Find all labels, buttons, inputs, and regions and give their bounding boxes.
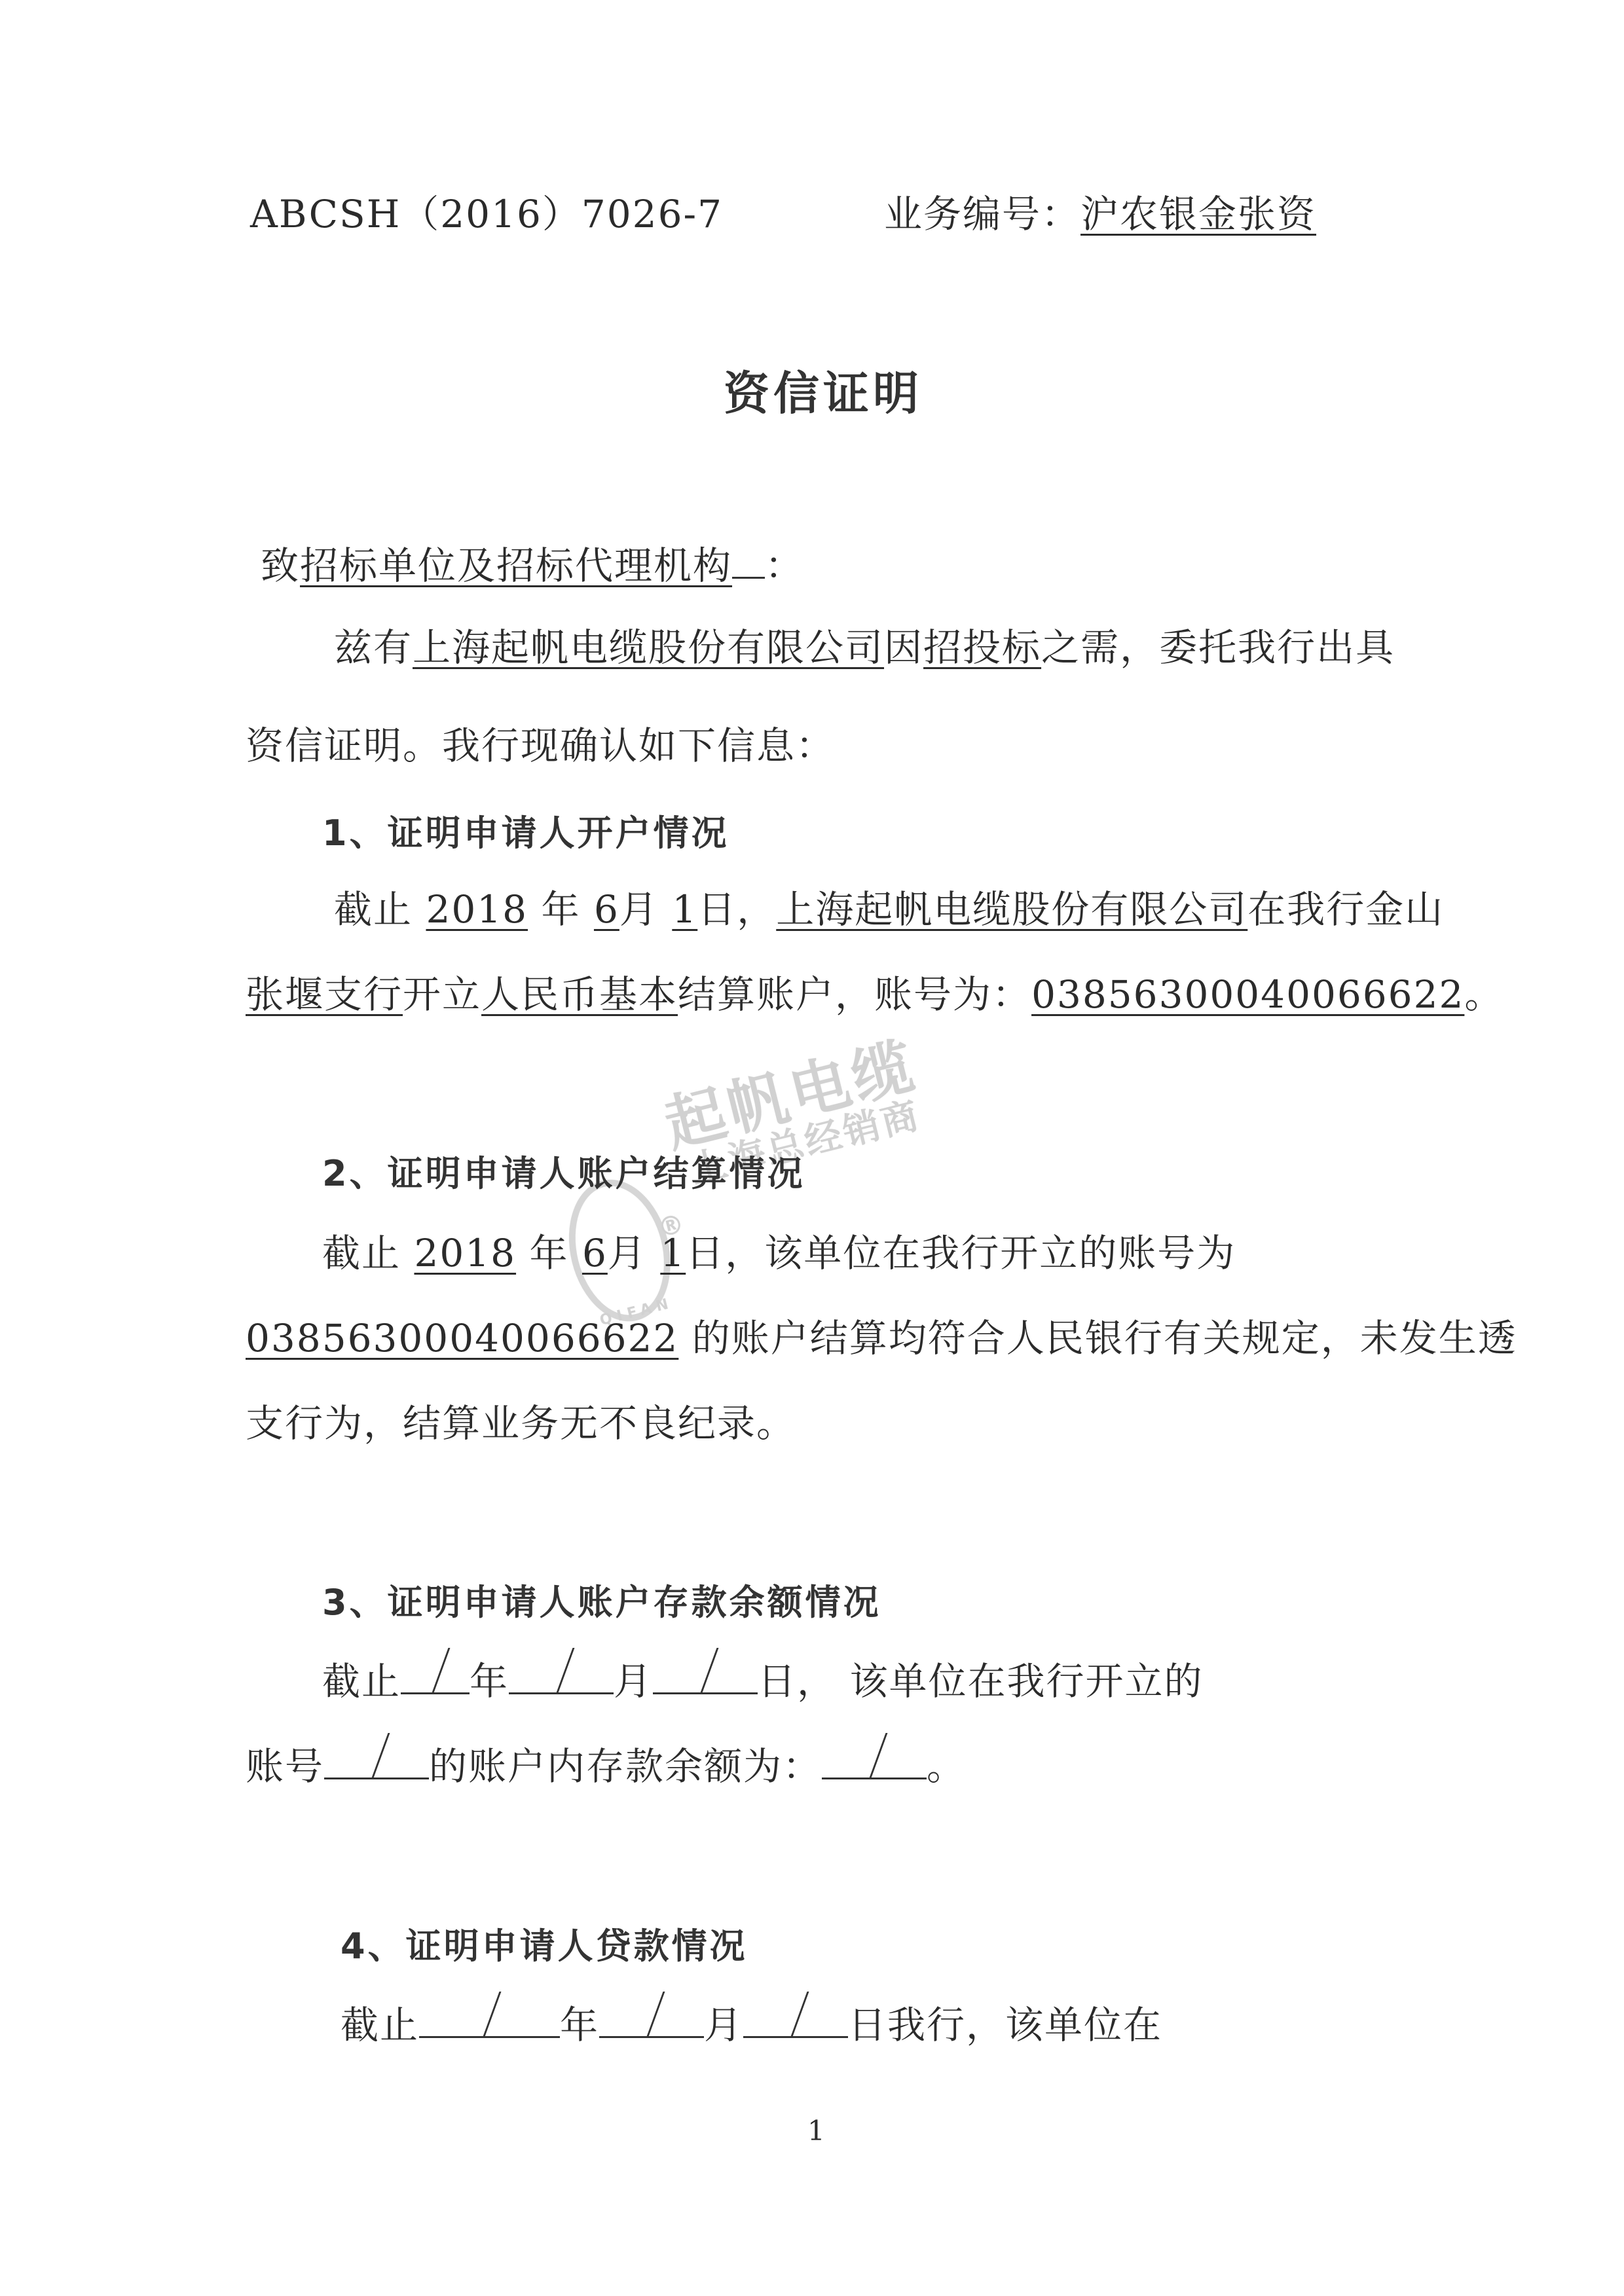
section-4-line-1: 截止年月日我行，该单位在: [341, 2003, 1162, 2044]
purpose: 招投标: [923, 625, 1041, 670]
page-title: 资信证明: [724, 357, 923, 423]
text: 在我行金山: [1247, 887, 1444, 932]
text: 月: [619, 887, 659, 932]
text: 。: [1464, 972, 1504, 1017]
text: 结算账户，账号为：: [678, 972, 1031, 1017]
month-blank: [599, 2003, 704, 2038]
section-2-heading: 2、证明申请人账户结算情况: [322, 1146, 805, 1196]
text: 。: [927, 1744, 966, 1789]
business-number-label: 业务编号：: [884, 192, 1080, 236]
text: 日， 该单位在我行开立的: [758, 1659, 1203, 1704]
section-2-line-1: 截止 2018 年 6月 1日，该单位在我行开立的账号为: [322, 1234, 1236, 1272]
intro-line-1: 兹有上海起帆电缆股份有限公司因招投标之需，委托我行出具: [334, 629, 1395, 666]
year-blank: [419, 2003, 560, 2038]
balance-blank: [822, 1745, 927, 1779]
section-1-line-1: 截止 2018 年 6月 1日，上海起帆电缆股份有限公司在我行金山: [334, 890, 1444, 928]
text: 日我行，该单位在: [848, 2003, 1162, 2047]
text: 月: [614, 1659, 653, 1704]
applicant-company: 上海起帆电缆股份有限公司: [413, 625, 884, 670]
text: 年: [470, 1659, 509, 1704]
year-value: 2018: [426, 887, 528, 932]
intro-text: 兹有: [334, 625, 413, 670]
account-number: 03856300040066622: [246, 1316, 678, 1360]
day-blank: [743, 2003, 848, 2038]
account-blank: [324, 1745, 429, 1779]
addressee-suffix: ：: [765, 543, 804, 588]
intro-line-2: 资信证明。我行现确认如下信息：: [246, 727, 835, 765]
section-2-line-2: 03856300040066622 的账户结算均符合人民银行有关规定，未发生透: [246, 1319, 1517, 1357]
branch-name: 张堰支行: [246, 972, 403, 1017]
day-blank: [653, 1660, 758, 1694]
section-2-line-3: 支行为，结算业务无不良纪录。: [246, 1404, 796, 1442]
account-number: 03856300040066622: [1031, 972, 1464, 1017]
addressee-recipient: 招标单位及招标代理机构: [300, 543, 732, 588]
text: 日，: [697, 887, 776, 932]
day-value: 1: [672, 887, 697, 932]
text: 月: [608, 1231, 647, 1275]
section-1-heading: 1、证明申请人开户情况: [322, 805, 729, 856]
text: 截止: [341, 2003, 419, 2047]
intro-text: 之需，委托我行出具: [1041, 625, 1395, 670]
applicant-company: 上海起帆电缆股份有限公司: [776, 887, 1247, 932]
text: 年: [530, 1231, 569, 1275]
page-number: 1: [807, 2115, 825, 2147]
text: 截止: [322, 1659, 401, 1704]
text: 截止: [334, 887, 413, 932]
addressee-line: 致招标单位及招标代理机构：: [261, 547, 804, 585]
text: 年: [560, 2003, 599, 2047]
section-1-line-2: 张堰支行开立人民币基本结算账户，账号为：03856300040066622。: [246, 975, 1504, 1013]
section-3-line-1: 截止年月日， 该单位在我行开立的: [322, 1660, 1204, 1700]
section-3-line-2: 账号的账户内存款余额为：。: [246, 1745, 966, 1785]
text: 截止: [322, 1231, 401, 1275]
text: 月: [704, 2003, 743, 2047]
month-value: 6: [594, 887, 619, 932]
document-code: ABCSH（2016）7026-7: [250, 195, 723, 233]
year-blank: [401, 1660, 470, 1694]
section-3-heading: 3、证明申请人账户存款余额情况: [322, 1575, 881, 1625]
day-value: 1: [660, 1231, 686, 1275]
intro-text: 因: [884, 625, 923, 670]
text: 账号: [246, 1744, 324, 1789]
watermark: 起帆电缆 上海总经销商 ® QIFAN: [655, 1018, 925, 1164]
section-4-heading: 4、证明申请人贷款情况: [341, 1918, 748, 1969]
text: 的账户内存款余额为：: [429, 1744, 822, 1789]
addressee-prefix: 致: [261, 543, 300, 588]
account-type: 人民币基本: [481, 972, 678, 1017]
text: 年: [542, 887, 581, 932]
text: 的账户结算均符合人民银行有关规定，未发生透: [692, 1316, 1517, 1360]
business-number-value: 沪农银金张资: [1080, 192, 1316, 236]
business-number: 业务编号：沪农银金张资: [884, 195, 1316, 233]
text: 开立: [403, 972, 481, 1017]
text: 日，该单位在我行开立的账号为: [686, 1231, 1236, 1275]
month-value: 6: [582, 1231, 608, 1275]
year-value: 2018: [414, 1231, 516, 1275]
month-blank: [509, 1660, 614, 1694]
